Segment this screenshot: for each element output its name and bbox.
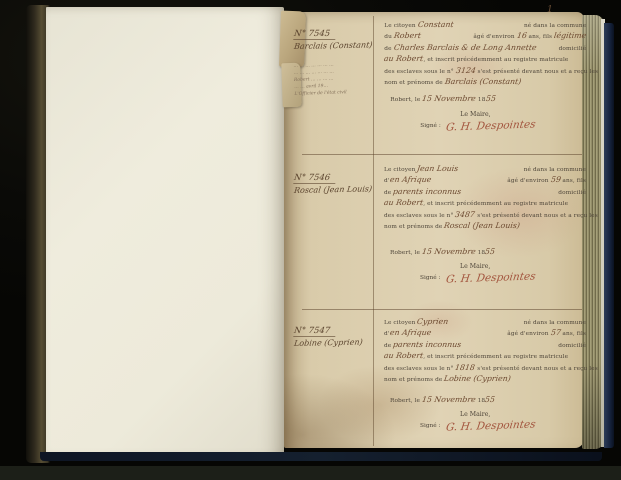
entry-number: N° 7546 (293, 173, 337, 184)
mayor-label: Le Maire, (460, 411, 586, 418)
entry-margin-annotation: … … … … … … …… … … … … … …Robert … … … …… (293, 60, 372, 98)
blue-cover-edge (604, 23, 614, 448)
mayor-signature: G. H. Despointes (445, 119, 536, 134)
scanned-register-photo: 1 N° 7545 Barclais (Constant) … … … … … … (0, 0, 621, 480)
entry-margin-column: N° 7547 Lobine (Cyprien) (288, 315, 374, 432)
mayor-signature: G. H. Despointes (445, 419, 536, 434)
mayor-label: Le Maire, (460, 263, 586, 270)
entry-separator (302, 154, 582, 155)
entry-act-text: Le citoyen Constantné dans la communedu … (384, 20, 586, 88)
entry-act-text: Le citoyen Jean Louisné dans la communed… (384, 164, 586, 232)
entry-body: Le citoyen Cyprienné dans la communed'en… (374, 315, 586, 432)
entry-number: N° 7547 (293, 326, 337, 337)
bottom-cover-edge (40, 452, 602, 461)
entry-separator (302, 309, 582, 310)
entry-date-line: Robert, le 15 Novembre 1855 (390, 94, 586, 103)
table-surface (0, 466, 621, 480)
folio-number: 1 (547, 5, 553, 15)
signed-label: Signé : (420, 423, 441, 429)
blank-left-page (46, 7, 284, 461)
mayor-signature: G. H. Despointes (445, 271, 536, 286)
entry-date-line: Robert, le 15 Novembre 1855 (390, 247, 586, 256)
entry-margin-name: Roscal (Jean Louis) (293, 184, 372, 195)
signature-line: Signé : G. H. Despointes (420, 420, 586, 432)
entry-margin-name: Lobine (Cyprien) (293, 337, 372, 348)
entry-body: Le citoyen Jean Louisné dans la communed… (374, 162, 586, 284)
signature-line: Signé : G. H. Despointes (420, 272, 586, 284)
entry-date-line: Robert, le 15 Novembre 1855 (390, 395, 586, 404)
entry-body: Le citoyen Constantné dans la communedu … (374, 18, 586, 132)
register-entry: N° 7547 Lobine (Cyprien) Le citoyen Cypr… (288, 315, 584, 432)
entry-margin-column: N° 7546 Roscal (Jean Louis) (288, 162, 374, 284)
mayor-label: Le Maire, (460, 111, 586, 118)
entry-margin-name: Barclais (Constant) (293, 40, 373, 51)
entry-margin-column: N° 7545 Barclais (Constant) … … … … … … … (288, 18, 374, 132)
signature-line: Signé : G. H. Despointes (420, 120, 586, 132)
entry-number: N° 7545 (293, 29, 337, 40)
entry-act-text: Le citoyen Cyprienné dans la communed'en… (384, 317, 586, 385)
signed-label: Signé : (420, 123, 441, 129)
register-entry: N° 7546 Roscal (Jean Louis) Le citoyen J… (288, 162, 584, 284)
signed-label: Signé : (420, 275, 441, 281)
register-entry: N° 7545 Barclais (Constant) … … … … … … … (288, 18, 584, 132)
